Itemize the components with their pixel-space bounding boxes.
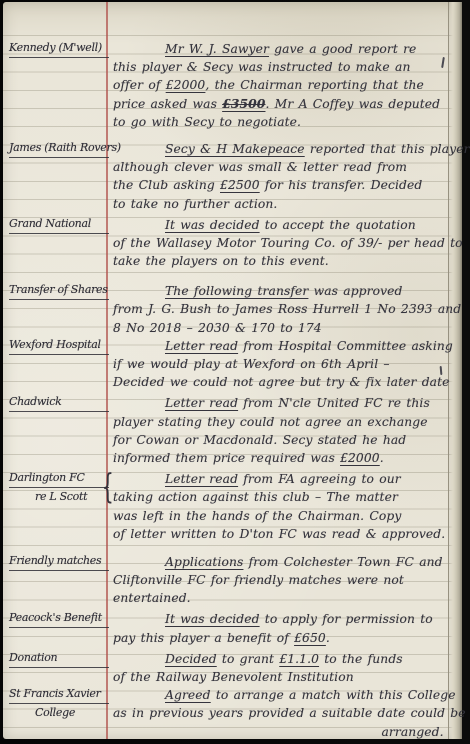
entry-text: It was decided to accept the quotationof… [109,216,463,271]
text-line: Secy & H Makepeace reported that this pl… [113,140,470,158]
text-line: was left in the hands of the Chairman. C… [113,507,449,525]
text-segment: price asked was [113,97,222,111]
text-line: from J. G. Bush to James Ross Hurrell 1 … [113,300,461,318]
text-segment: to arrange a match with this College [211,688,456,702]
text-segment: . [380,451,384,465]
margin-label: Peacock's Benefit [3,610,109,646]
text-segment: £1.1.0 [279,652,319,666]
entry-text: Decided to grant £1.1.0 to the fundsof t… [109,650,449,686]
text-segment: of the Railway Benevolent Institution [113,670,354,684]
text-line: of letter written to D'ton FC was read &… [113,525,449,543]
text-segment: 8 No 2018 – 2030 & 170 to 174 [113,321,322,335]
text-segment: pay this player a benefit of [113,631,294,645]
entry-text: Letter read from N'cle United FC re this… [109,394,449,467]
text-line: offer of £2000, the Chairman reporting t… [113,76,449,94]
text-segment: , the Chairman reporting that the [205,78,424,92]
text-segment: was left in the hands of the Chairman. C… [113,509,401,523]
text-segment: Decided we could not agree but try & fix… [113,375,450,389]
margin-label: Transfer of Shares [3,282,109,337]
text-segment: to accept the quotation [260,218,416,232]
margin-label-line: Peacock's Benefit [9,610,109,628]
entries: Kennedy (M'well)Mr W. J. Sawyer gave a g… [3,40,449,744]
text-segment: Applications [165,555,243,569]
text-segment: £3500 [222,96,265,111]
entry-text: Agreed to arrange a match with this Coll… [109,686,466,741]
margin-label-line: Friendly matches [9,553,109,571]
text-line: for Cowan or Macdonald. Secy stated he h… [113,431,449,449]
text-segment: gave a good report re [269,42,416,56]
text-segment: Letter read [165,339,238,353]
margin-label: Darlington FCre L Scott{ [3,470,109,543]
margin-label-line: Wexford Hospital [9,337,109,355]
entry: Friendly matchesApplications from Colche… [3,553,449,608]
text-segment: £2000 [340,451,380,465]
text-line: price asked was £3500. Mr A Coffey was d… [113,95,449,113]
text-segment: reported that this player [305,142,470,156]
text-segment: taking action against this club – The ma… [113,490,398,504]
text-line: Letter read from FA agreeing to our [113,470,449,488]
text-line: informed them price required was £2000. [113,449,449,467]
text-segment: from N'cle United FC re this [238,396,430,410]
text-segment: from Hospital Committee asking [238,339,453,353]
margin-label: Chadwick [3,394,109,467]
entry: James (Raith Rovers)Secy & H Makepeace r… [3,140,449,213]
entry-text: Applications from Colchester Town FC and… [109,553,449,608]
text-segment: arranged. [381,725,443,739]
text-line: Agreed to arrange a match with this Coll… [113,686,466,704]
text-segment: to grant [217,652,280,666]
margin-label: Friendly matches [3,553,109,608]
text-segment: Cliftonville FC for friendly matches wer… [113,573,404,587]
text-segment: the Club asking [113,178,220,192]
text-segment: to take no further action. [113,197,277,211]
text-line: Cliftonville FC for friendly matches wer… [113,571,449,589]
text-segment: Letter read [165,396,238,410]
entry-text: It was decided to apply for permission t… [109,610,449,646]
text-segment: if we would play at Wexford on 6th April… [113,357,390,371]
text-segment: player stating they could not agree an e… [113,415,428,429]
text-segment: for his transfer. Decided [260,178,423,192]
entry: Peacock's BenefitIt was decided to apply… [3,610,449,646]
text-line: the Club asking £2500 for his transfer. … [113,176,470,194]
entry: Kennedy (M'well)Mr W. J. Sawyer gave a g… [3,40,449,131]
margin-label-line: Transfer of Shares [9,282,109,300]
text-segment: £2500 [220,178,260,192]
text-line: Applications from Colchester Town FC and [113,553,449,571]
text-segment: Mr W. J. Sawyer [165,42,269,56]
text-segment: from Colchester Town FC and [243,555,442,569]
text-segment: for Cowan or Macdonald. Secy stated he h… [113,433,406,447]
margin-label: James (Raith Rovers) [3,140,109,213]
text-line: It was decided to accept the quotation [113,216,463,234]
margin-label-line: re L Scott [9,489,109,505]
margin-label-line: Darlington FC [9,470,109,488]
text-segment: take the players on to this event. [113,254,329,268]
entry: ChadwickLetter read from N'cle United FC… [3,394,449,467]
text-line: Letter read from Hospital Committee aski… [113,337,453,355]
text-segment: Agreed [165,688,211,702]
text-line: Decided we could not agree but try & fix… [113,373,453,391]
entry-text: Secy & H Makepeace reported that this pl… [109,140,470,213]
entry-text: Letter read from Hospital Committee aski… [109,337,453,392]
margin-label-line: James (Raith Rovers) [9,140,109,158]
text-line: The following transfer was approved [113,282,461,300]
entry: Transfer of SharesThe following transfer… [3,282,449,337]
margin-label-line: Chadwick [9,394,109,412]
text-segment: The following transfer [165,284,308,298]
entry-text: Mr W. J. Sawyer gave a good report rethi… [109,40,449,131]
text-segment: It was decided [165,218,260,232]
text-line: arranged. [113,723,466,741]
text-segment: this player & Secy was instructed to mak… [113,60,410,74]
text-line: to take no further action. [113,195,470,213]
text-line: this player & Secy was instructed to mak… [113,58,449,76]
margin-label-line: St Francis Xavier [9,686,109,704]
entry: DonationDecided to grant £1.1.0 to the f… [3,650,449,686]
text-segment: . [326,631,330,645]
text-line: player stating they could not agree an e… [113,413,449,431]
entry: Darlington FCre L Scott{Letter read from… [3,470,449,543]
text-segment: of the Wallasey Motor Touring Co. of 39/… [113,236,463,250]
text-segment: Decided [165,652,217,666]
text-line: as in previous years provided a suitable… [113,704,466,722]
text-line: taking action against this club – The ma… [113,488,449,506]
text-line: Mr W. J. Sawyer gave a good report re [113,40,449,58]
margin-label: Grand National [3,216,109,271]
text-segment: to go with Secy to negotiate. [113,115,301,129]
scan-background: Kennedy (M'well)Mr W. J. Sawyer gave a g… [0,0,470,744]
text-line: Decided to grant £1.1.0 to the funds [113,650,449,668]
text-line: take the players on to this event. [113,252,463,270]
text-segment: It was decided [165,612,260,626]
margin-label-line: Grand National [9,216,109,234]
text-segment: to the funds [319,652,403,666]
entry: Grand NationalIt was decided to accept t… [3,216,449,271]
margin-label-line: College [9,705,109,721]
margin-label-line: Kennedy (M'well) [9,40,109,58]
text-segment: entertained. [113,591,191,605]
text-line: of the Railway Benevolent Institution [113,668,449,686]
entry-text: The following transfer was approvedfrom … [109,282,461,337]
text-line: 8 No 2018 – 2030 & 170 to 174 [113,319,461,337]
entry: Wexford HospitalLetter read from Hospita… [3,337,449,392]
text-segment: was approved [308,284,402,298]
margin-label: St Francis XavierCollege [3,686,109,741]
text-line: pay this player a benefit of £650. [113,629,449,647]
text-line: if we would play at Wexford on 6th April… [113,355,453,373]
text-segment: offer of [113,78,166,92]
brace-mark: { [101,467,113,507]
margin-label: Donation [3,650,109,686]
text-segment: informed them price required was [113,451,340,465]
text-line: entertained. [113,589,449,607]
text-segment: to apply for permission to [260,612,433,626]
margin-label: Kennedy (M'well) [3,40,109,131]
entry: St Francis XavierCollegeAgreed to arrang… [3,686,449,741]
margin-label: Wexford Hospital [3,337,109,392]
text-line: It was decided to apply for permission t… [113,610,449,628]
text-segment: as in previous years provided a suitable… [113,706,466,720]
text-segment: from FA agreeing to our [238,472,401,486]
text-segment: of letter written to D'ton FC was read &… [113,527,445,541]
margin-label-line: Donation [9,650,109,668]
notebook-page: Kennedy (M'well)Mr W. J. Sawyer gave a g… [3,2,462,739]
entry-text: Letter read from FA agreeing to ourtakin… [109,470,449,543]
text-segment: although clever was small & letter read … [113,160,407,174]
text-segment: £2000 [166,78,206,92]
text-segment: Letter read [165,472,238,486]
text-segment: Secy & H Makepeace [165,142,305,156]
text-segment: . Mr A Coffey was deputed [265,97,440,111]
text-line: although clever was small & letter read … [113,158,470,176]
text-segment: £650 [294,631,326,645]
text-line: to go with Secy to negotiate. [113,113,449,131]
text-line: of the Wallasey Motor Touring Co. of 39/… [113,234,463,252]
text-segment: from J. G. Bush to James Ross Hurrell 1 … [113,302,461,316]
text-line: Letter read from N'cle United FC re this [113,394,449,412]
